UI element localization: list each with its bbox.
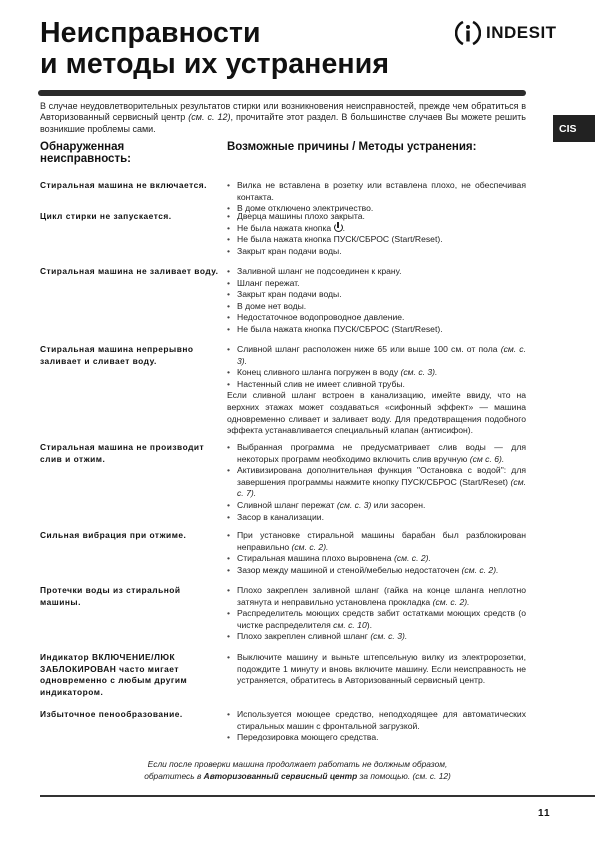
cause-item: Не была нажата кнопка ПУСК/СБРОС (Start/… <box>227 324 526 336</box>
cause-item: Передозировка моющего средства. <box>227 732 526 744</box>
page-title-line-2: и методы их устранения <box>40 49 389 80</box>
causes-list: Выбранная программа не предусматривает с… <box>227 442 526 523</box>
cause-item: Недостаточное водопроводное давление. <box>227 312 526 324</box>
cause-item: Сливной шланг пережат (см. с. 3) или зас… <box>227 500 526 512</box>
footer-note-text: за помощью. (см. с. 12) <box>357 771 451 781</box>
page-title: Неисправности и методы их устранения <box>40 18 389 80</box>
table-row: Цикл стирки не запускается.Дверца машины… <box>40 211 526 257</box>
cause-item: Используется моющее средство, неподходящ… <box>227 709 526 732</box>
column-header-causes: Возможные причины / Методы устранения: <box>227 142 476 154</box>
table-row: Стиральная машина не заливает воду.Залив… <box>40 266 526 336</box>
page-reference: (см. с. 2). <box>462 565 499 575</box>
causes-list: Заливной шланг не подсоединен к крану.Шл… <box>227 266 526 336</box>
cause-item: Распределитель моющих средств забит оста… <box>227 608 526 631</box>
cause-item: Активизирована дополнительная функция "О… <box>227 465 526 500</box>
column-header-problem: Обнаруженная неисправность: <box>40 142 190 165</box>
cause-item: Плохо закреплен заливной шланг (гайка на… <box>227 585 526 608</box>
cause-item: Конец сливного шланга погружен в воду (с… <box>227 367 526 379</box>
page-reference: (см с. 6). <box>470 454 505 464</box>
problem-label: Сильная вибрация при отжиме. <box>40 530 227 576</box>
footer-note-line-2: обратитесь в Авторизованный сервисный це… <box>0 770 595 782</box>
problem-label: Стиральная машина не производит слив и о… <box>40 442 227 523</box>
causes-list: Вилка не вставлена в розетку или вставле… <box>227 180 526 215</box>
service-center-emphasis: Авторизованный сервисный центр <box>204 771 358 781</box>
siphon-effect-note: Если сливной шланг встроен в канализацию… <box>227 390 526 436</box>
table-row: Стиральная машина не включается.Вилка не… <box>40 180 526 215</box>
cause-item: Дверца машины плохо закрыта. <box>227 211 526 223</box>
table-row: Протечки воды из стиральной машины.Плохо… <box>40 585 526 643</box>
cause-item: Закрыт кран подачи воды. <box>227 289 526 301</box>
footer-divider <box>40 795 595 797</box>
causes-list: Сливной шланг расположен ниже 65 или выш… <box>227 344 526 437</box>
causes-list: Выключите машину и выньте штепсельную ви… <box>227 652 526 698</box>
brand-name: INDESIT <box>486 23 557 43</box>
cause-item: Плохо закреплен сливной шланг (см. с. 3)… <box>227 631 526 643</box>
footer-note-text: обратитесь в <box>144 771 203 781</box>
indesit-circle-i-logo-icon <box>455 19 481 47</box>
cause-item: Сливной шланг расположен ниже 65 или выш… <box>227 344 526 367</box>
power-button-icon <box>334 223 343 232</box>
footer-note-line-1: Если после проверки машина продолжает ра… <box>0 758 595 770</box>
table-row: Стиральная машина не производит слив и о… <box>40 442 526 523</box>
intro-paragraph: В случае неудовлетворительных результато… <box>40 101 526 135</box>
page-reference: (см. с. 3) <box>337 500 372 510</box>
page-reference: (см. с. 2). <box>394 553 431 563</box>
problem-label: Избыточное пенообразование. <box>40 709 227 744</box>
table-row: Сильная вибрация при отжиме.При установк… <box>40 530 526 576</box>
cause-item: Не была нажата кнопка . <box>227 223 526 235</box>
brand-logo: INDESIT <box>455 19 557 47</box>
page-reference: см. с. 10 <box>333 620 367 630</box>
problem-label: Стиральная машина непрерывно заливает и … <box>40 344 227 437</box>
cause-item: При установке стиральной машины барабан … <box>227 530 526 553</box>
cause-item: Выключите машину и выньте штепсельную ви… <box>227 652 526 687</box>
cause-item: Засор в канализации. <box>227 512 526 524</box>
page-reference: (см. с. 2). <box>433 597 470 607</box>
intro-page-reference: (см. с. 12) <box>188 112 230 122</box>
cause-item: Закрыт кран подачи воды. <box>227 246 526 258</box>
page-reference: (см. с. 2). <box>292 542 329 552</box>
problem-label: Стиральная машина не заливает воду. <box>40 266 227 336</box>
language-section-tab[interactable]: CIS <box>553 115 595 142</box>
table-row: Индикатор ВКЛЮЧЕНИЕ/ЛЮК ЗАБЛОКИРОВАН час… <box>40 652 526 698</box>
problem-label: Цикл стирки не запускается. <box>40 211 227 257</box>
problem-label: Стиральная машина не включается. <box>40 180 227 215</box>
cause-item: Настенный слив не имеет сливной трубы. <box>227 379 526 391</box>
cause-item: Выбранная программа не предусматривает с… <box>227 442 526 465</box>
page-reference: (см. с. 3). <box>401 367 438 377</box>
page-title-line-1: Неисправности <box>40 18 389 49</box>
causes-list: Дверца машины плохо закрыта.Не была нажа… <box>227 211 526 257</box>
footer-note: Если после проверки машина продолжает ра… <box>0 758 595 782</box>
cause-item: Шланг пережат. <box>227 278 526 290</box>
table-row: Избыточное пенообразование.Используется … <box>40 709 526 744</box>
causes-list: Плохо закреплен заливной шланг (гайка на… <box>227 585 526 643</box>
page-reference: (см. с. 3). <box>370 631 407 641</box>
cause-item: В доме нет воды. <box>227 301 526 313</box>
problem-label: Индикатор ВКЛЮЧЕНИЕ/ЛЮК ЗАБЛОКИРОВАН час… <box>40 652 227 698</box>
causes-list: Используется моющее средство, неподходящ… <box>227 709 526 744</box>
cause-item: Не была нажата кнопка ПУСК/СБРОС (Start/… <box>227 234 526 246</box>
table-row: Стиральная машина непрерывно заливает и … <box>40 344 526 437</box>
cause-item: Заливной шланг не подсоединен к крану. <box>227 266 526 278</box>
cause-item: Стиральная машина плохо выровнена (см. с… <box>227 553 526 565</box>
cause-item: Зазор между машиной и стеной/мебелью нед… <box>227 565 526 577</box>
header-divider <box>38 90 526 96</box>
causes-list: При установке стиральной машины барабан … <box>227 530 526 576</box>
problem-label: Протечки воды из стиральной машины. <box>40 585 227 643</box>
cause-item: Вилка не вставлена в розетку или вставле… <box>227 180 526 203</box>
page-number: 11 <box>538 808 551 819</box>
